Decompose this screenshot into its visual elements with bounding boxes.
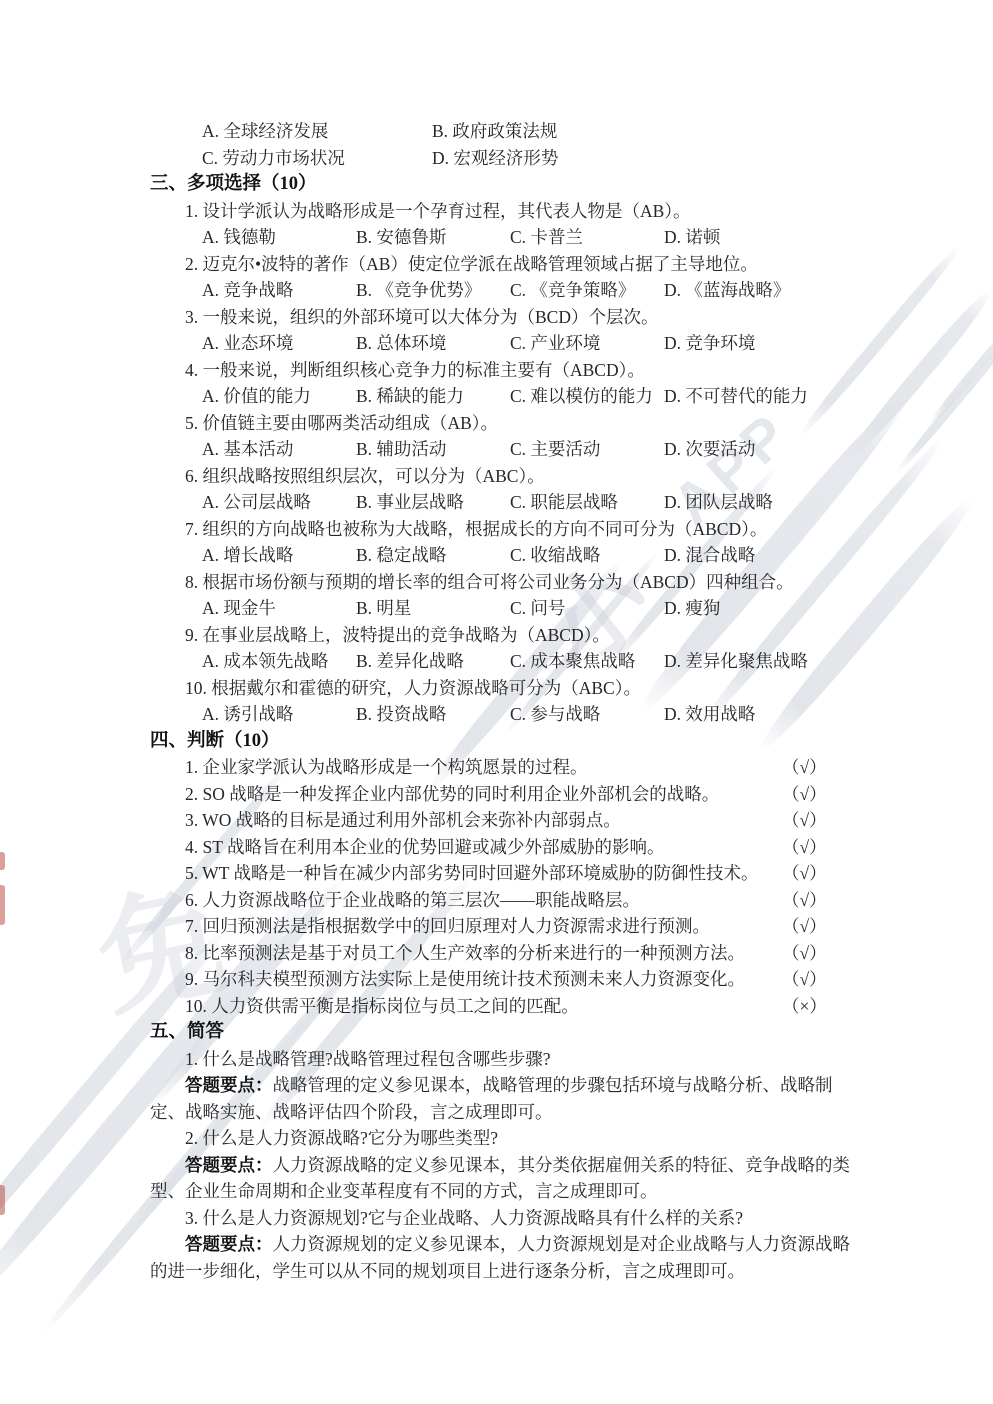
page-edge-mark	[0, 1185, 5, 1215]
judgment-item: 8. 比率预测法是基于对员工个人生产效率的分析来进行的一种预测方法。（√）	[150, 940, 852, 967]
sa-answer: 答题要点：人力资源规划的定义参见课本，人力资源规划是对企业战略与人力资源战略的进…	[150, 1231, 852, 1284]
option-d: D. 宏观经济形势	[432, 145, 662, 172]
option-a: A. 成本领先战略	[202, 648, 356, 675]
judgment-question: 4. ST 战略旨在利用本企业的优势回避或减少外部威胁的影响。	[185, 834, 664, 861]
option-c: C. 难以模仿的能力	[510, 383, 664, 410]
mc-options: A. 公司层战略B. 事业层战略C. 职能层战略D. 团队层战略	[202, 489, 852, 516]
mc-options: A. 诱引战略B. 投资战略C. 参与战略D. 效用战略	[202, 701, 852, 728]
judgment-answer: （√）	[782, 913, 827, 940]
judgment-answer: （√）	[782, 966, 827, 993]
option-a: A. 公司层战略	[202, 489, 356, 516]
mc-options: A. 基本活动B. 辅助活动C. 主要活动D. 次要活动	[202, 436, 852, 463]
mc-options: A. 钱德勒B. 安德鲁斯C. 卡普兰D. 诺顿	[202, 224, 852, 251]
judgment-question: 5. WT 战略是一种旨在减少内部劣势同时回避外部环境威胁的防御性技术。	[185, 860, 758, 887]
judgment-question: 3. WO 战略的目标是通过利用外部机会来弥补内部弱点。	[185, 807, 621, 834]
option-d: D. 次要活动	[664, 436, 818, 463]
judgment-question: 9. 马尔科夫模型预测方法实际上是使用统计技术预测未来人力资源变化。	[185, 966, 745, 993]
mc-question: 9. 在事业层战略上，波特提出的竞争战略为（ABCD）。	[185, 622, 852, 649]
mc-question: 8. 根据市场份额与预期的增长率的组合可将公司业务分为（ABCD）四种组合。	[185, 569, 852, 596]
mc-question: 7. 组织的方向战略也被称为大战略，根据成长的方向不同可分为（ABCD）。	[185, 516, 852, 543]
option-a: A. 全球经济发展	[202, 118, 432, 145]
mc-question: 1. 设计学派认为战略形成是一个孕育过程，其代表人物是（AB）。	[185, 198, 852, 225]
option-d: D. 效用战略	[664, 701, 818, 728]
option-a: A. 钱德勒	[202, 224, 356, 251]
leftover-option-row: A. 全球经济发展B. 政府政策法规	[202, 118, 852, 145]
sa-answer-label: 答题要点：	[185, 1155, 273, 1175]
mc-options: A. 成本领先战略B. 差异化战略C. 成本聚焦战略D. 差异化聚焦战略	[202, 648, 852, 675]
option-a: A. 诱引战略	[202, 701, 356, 728]
sa-question: 1. 什么是战略管理?战略管理过程包含哪些步骤?	[185, 1046, 852, 1073]
option-b: B. 事业层战略	[356, 489, 510, 516]
option-c: C. 问号	[510, 595, 664, 622]
option-d: D. 《蓝海战略》	[664, 277, 818, 304]
judgment-question: 8. 比率预测法是基于对员工个人生产效率的分析来进行的一种预测方法。	[185, 940, 745, 967]
judgment-answer: （√）	[782, 860, 827, 887]
page-edge-mark	[0, 852, 5, 870]
sa-question: 3. 什么是人力资源规划?它与企业战略、人力资源战略具有什么样的关系?	[185, 1205, 852, 1232]
judgment-question: 10. 人力资供需平衡是指标岗位与员工之间的匹配。	[185, 993, 579, 1020]
judgment-answer: （√）	[782, 781, 827, 808]
option-b: B. 总体环境	[356, 330, 510, 357]
judgment-question: 6. 人力资源战略位于企业战略的第三层次——职能战略层。	[185, 887, 640, 914]
mc-question: 6. 组织战略按照组织层次，可以分为（ABC）。	[185, 463, 852, 490]
section-4-title: 四、判断（10）	[150, 728, 852, 755]
judgment-answer: （×）	[782, 993, 827, 1020]
option-a: A. 增长战略	[202, 542, 356, 569]
sa-answer-label: 答题要点：	[185, 1234, 273, 1254]
sa-answer-label: 答题要点：	[185, 1075, 273, 1095]
option-b: B. 差异化战略	[356, 648, 510, 675]
option-c: C. 主要活动	[510, 436, 664, 463]
judgment-item: 7. 回归预测法是指根据数学中的回归原理对人力资源需求进行预测。（√）	[150, 913, 852, 940]
option-a: A. 现金牛	[202, 595, 356, 622]
option-c: C. 成本聚焦战略	[510, 648, 664, 675]
mc-options: A. 业态环境B. 总体环境C. 产业环境D. 竞争环境	[202, 330, 852, 357]
option-b: B. 政府政策法规	[432, 118, 662, 145]
option-a: A. 竞争战略	[202, 277, 356, 304]
option-b: B. 稳定战略	[356, 542, 510, 569]
document-page: 免 小 APP A. 全球经济发展B. 政府政策法规 C. 劳动力市场状况D. …	[0, 0, 993, 1404]
mc-question: 10. 根据戴尔和霍德的研究，人力资源战略可分为（ABC）。	[185, 675, 852, 702]
section-5-title: 五、简答	[150, 1019, 852, 1046]
page-edge-mark	[0, 885, 5, 925]
mc-question: 4. 一般来说，判断组织核心竞争力的标准主要有（ABCD）。	[185, 357, 852, 384]
judgment-question: 7. 回归预测法是指根据数学中的回归原理对人力资源需求进行预测。	[185, 913, 710, 940]
judgment-question: 1. 企业家学派认为战略形成是一个构筑愿景的过程。	[185, 754, 588, 781]
mc-options: A. 价值的能力B. 稀缺的能力C. 难以模仿的能力D. 不可替代的能力	[202, 383, 852, 410]
option-d: D. 差异化聚焦战略	[664, 648, 818, 675]
sa-answer: 答题要点：战略管理的定义参见课本，战略管理的步骤包括环境与战略分析、战略制定、战…	[150, 1072, 852, 1125]
judgment-item: 2. SO 战略是一种发挥企业内部优势的同时利用企业外部机会的战略。（√）	[150, 781, 852, 808]
judgment-item: 3. WO 战略的目标是通过利用外部机会来弥补内部弱点。（√）	[150, 807, 852, 834]
option-b: B. 稀缺的能力	[356, 383, 510, 410]
option-b: B. 辅助活动	[356, 436, 510, 463]
option-d: D. 瘦狗	[664, 595, 818, 622]
option-b: B. 《竞争优势》	[356, 277, 510, 304]
option-c: C. 参与战略	[510, 701, 664, 728]
option-d: D. 不可替代的能力	[664, 383, 818, 410]
option-d: D. 混合战略	[664, 542, 818, 569]
judgment-answer: （√）	[782, 754, 827, 781]
option-c: C. 劳动力市场状况	[202, 145, 432, 172]
sa-answer: 答题要点：人力资源战略的定义参见课本，其分类依据雇佣关系的特征、竞争战略的类型、…	[150, 1152, 852, 1205]
judgment-answer: （√）	[782, 807, 827, 834]
judgment-question: 2. SO 战略是一种发挥企业内部优势的同时利用企业外部机会的战略。	[185, 781, 719, 808]
option-c: C. 《竞争策略》	[510, 277, 664, 304]
judgment-answer: （√）	[782, 887, 827, 914]
mc-options: A. 竞争战略B. 《竞争优势》C. 《竞争策略》D. 《蓝海战略》	[202, 277, 852, 304]
content: A. 全球经济发展B. 政府政策法规 C. 劳动力市场状况D. 宏观经济形势 三…	[150, 118, 852, 1284]
judgment-item: 5. WT 战略是一种旨在减少内部劣势同时回避外部环境威胁的防御性技术。（√）	[150, 860, 852, 887]
judgment-answer: （√）	[782, 834, 827, 861]
watermark-streak	[844, 284, 993, 463]
judgment-item: 1. 企业家学派认为战略形成是一个构筑愿景的过程。（√）	[150, 754, 852, 781]
judgment-item: 9. 马尔科夫模型预测方法实际上是使用统计技术预测未来人力资源变化。（√）	[150, 966, 852, 993]
option-a: A. 基本活动	[202, 436, 356, 463]
option-a: A. 业态环境	[202, 330, 356, 357]
judgment-item: 10. 人力资供需平衡是指标岗位与员工之间的匹配。（×）	[150, 993, 852, 1020]
option-d: D. 竞争环境	[664, 330, 818, 357]
mc-question: 5. 价值链主要由哪两类活动组成（AB）。	[185, 410, 852, 437]
option-c: C. 职能层战略	[510, 489, 664, 516]
mc-question: 3. 一般来说，组织的外部环境可以大体分为（BCD）个层次。	[185, 304, 852, 331]
watermark-streak	[892, 318, 993, 477]
option-d: D. 诺顿	[664, 224, 818, 251]
option-c: C. 收缩战略	[510, 542, 664, 569]
mc-question: 2. 迈克尔•波特的著作（AB）使定位学派在战略管理领域占据了主导地位。	[185, 251, 852, 278]
option-a: A. 价值的能力	[202, 383, 356, 410]
mc-options: A. 增长战略B. 稳定战略C. 收缩战略D. 混合战略	[202, 542, 852, 569]
option-b: B. 安德鲁斯	[356, 224, 510, 251]
leftover-option-row: C. 劳动力市场状况D. 宏观经济形势	[202, 145, 852, 172]
option-b: B. 明星	[356, 595, 510, 622]
sa-question: 2. 什么是人力资源战略?它分为哪些类型?	[185, 1125, 852, 1152]
judgment-item: 6. 人力资源战略位于企业战略的第三层次——职能战略层。（√）	[150, 887, 852, 914]
judgment-item: 4. ST 战略旨在利用本企业的优势回避或减少外部威胁的影响。（√）	[150, 834, 852, 861]
section-3-title: 三、多项选择（10）	[150, 171, 852, 198]
watermark-streak	[927, 314, 993, 427]
option-d: D. 团队层战略	[664, 489, 818, 516]
option-c: C. 产业环境	[510, 330, 664, 357]
judgment-answer: （√）	[782, 940, 827, 967]
option-b: B. 投资战略	[356, 701, 510, 728]
option-c: C. 卡普兰	[510, 224, 664, 251]
mc-options: A. 现金牛B. 明星C. 问号D. 瘦狗	[202, 595, 852, 622]
